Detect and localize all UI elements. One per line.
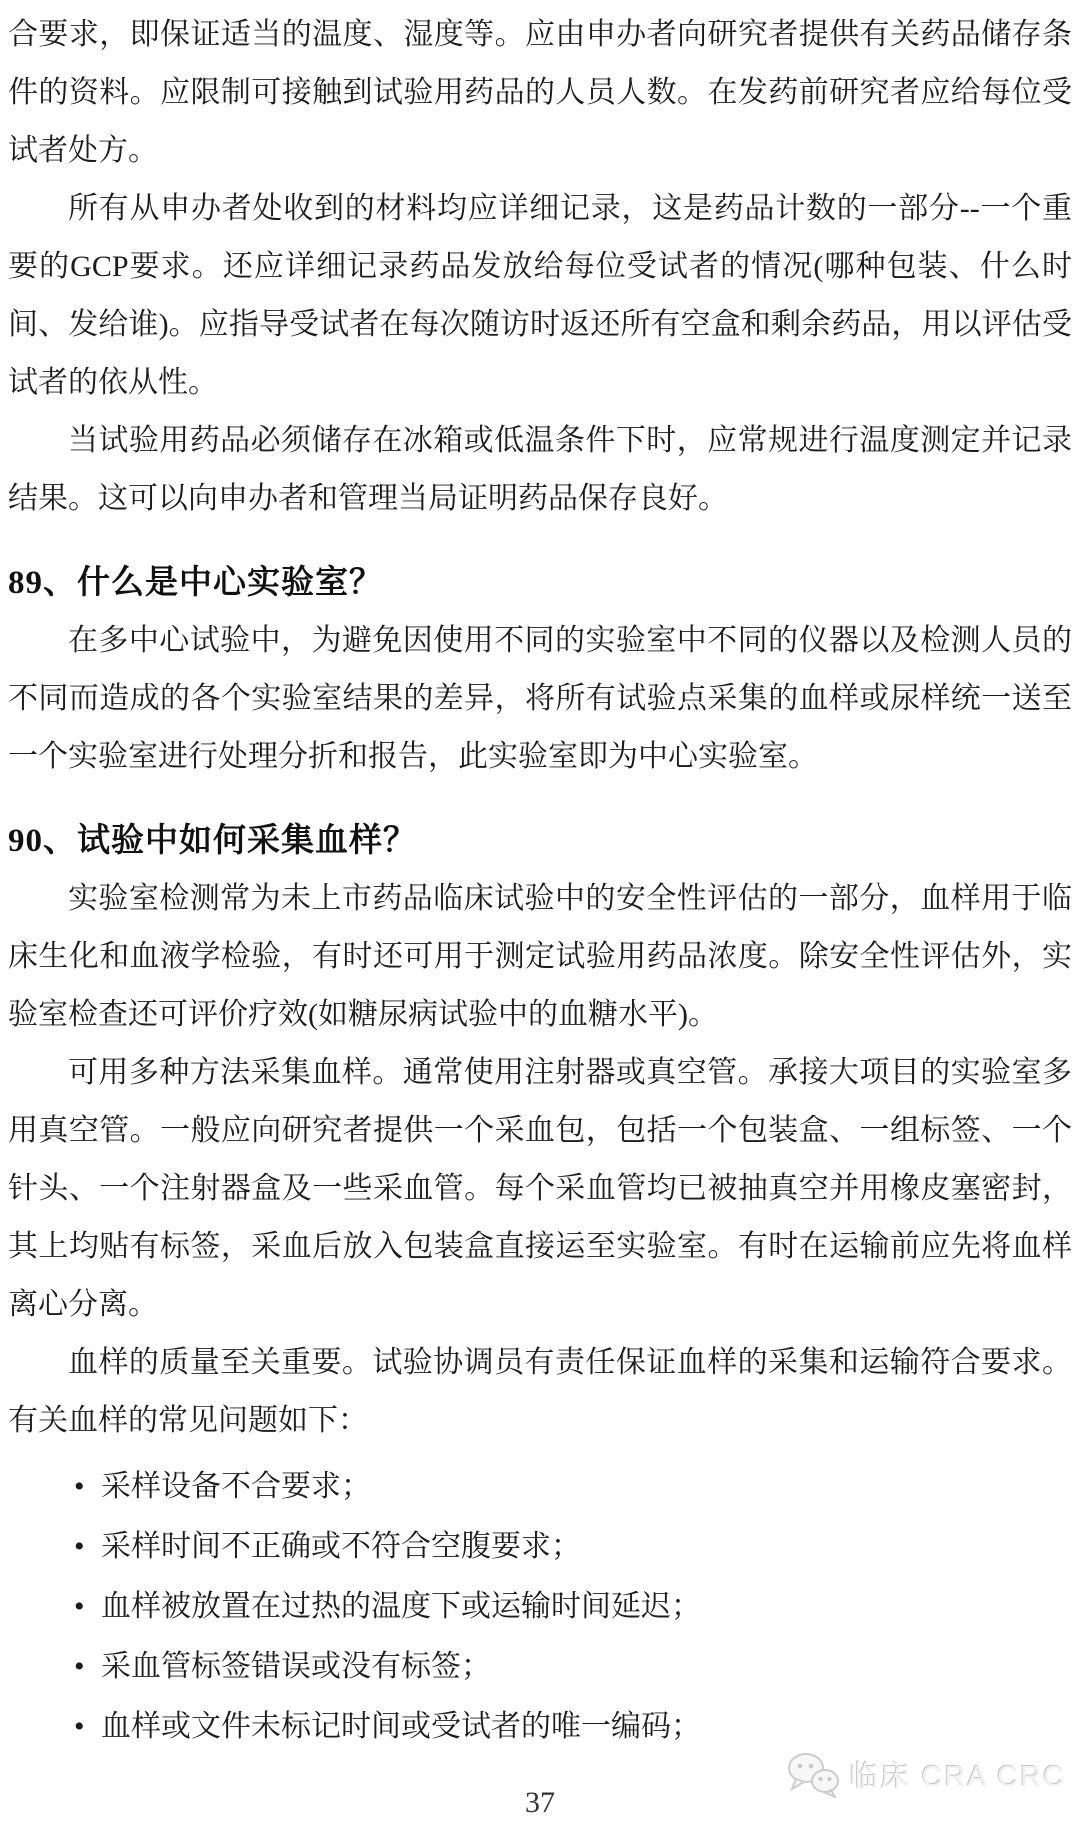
issue-text: 采样设备不合要求； (101, 1470, 371, 1503)
bullet-icon: • (74, 1458, 85, 1516)
paragraph-sample-quality: 血样的质量至关重要。试验协调员有责任保证血样的采集和运输符合要求。有关血样的常见… (8, 1334, 1072, 1450)
list-item: • 采样设备不合要求； (8, 1458, 1072, 1516)
blood-sample-issues-list: • 采样设备不合要求； • 采样时间不正确或不符合空腹要求； • 血样被放置在过… (8, 1458, 1072, 1756)
list-item: • 采样时间不正确或不符合空腹要求； (8, 1518, 1072, 1576)
paragraph-cold-storage: 当试验用药品必须储存在冰箱或低温条件下时，应常规进行温度测定并记录结果。这可以向… (8, 412, 1072, 528)
paragraph-central-lab-definition: 在多中心试验中，为避免因使用不同的实验室中不同的仪器以及检测人员的不同而造成的各… (8, 612, 1072, 786)
list-item: • 血样被放置在过热的温度下或运输时间延迟； (8, 1578, 1072, 1636)
question-90-heading: 90、试验中如何采集血样？ (8, 812, 1072, 870)
issue-text: 采血管标签错误或没有标签； (101, 1650, 491, 1683)
paragraph-collection-methods: 可用多种方法采集血样。通常使用注射器或真空管。承接大项目的实验室多用真空管。一般… (8, 1044, 1072, 1334)
document-page: 合要求，即保证适当的温度、湿度等。应由申办者向研究者提供有关药品储存条件的资料。… (0, 0, 1080, 1827)
paragraph-lab-tests: 实验室检测常为未上市药品临床试验中的安全性评估的一部分，血样用于临床生化和血液学… (8, 870, 1072, 1044)
question-89-heading: 89、什么是中心实验室？ (8, 554, 1072, 612)
list-item: • 采血管标签错误或没有标签； (8, 1638, 1072, 1696)
paragraph-storage-conditions: 合要求，即保证适当的温度、湿度等。应由申办者向研究者提供有关药品储存条件的资料。… (8, 6, 1072, 180)
issue-text: 血样被放置在过热的温度下或运输时间延迟； (101, 1590, 701, 1623)
page-number: 37 (0, 1786, 1080, 1820)
issue-text: 采样时间不正确或不符合空腹要求； (101, 1530, 581, 1563)
page-content: 合要求，即保证适当的温度、湿度等。应由申办者向研究者提供有关药品储存条件的资料。… (8, 6, 1072, 1756)
bullet-icon: • (74, 1578, 85, 1636)
paragraph-drug-accountability: 所有从申办者处收到的材料均应详细记录，这是药品计数的一部分--一个重要的GCP要… (8, 180, 1072, 412)
bullet-icon: • (74, 1638, 85, 1696)
list-item: • 血样或文件未标记时间或受试者的唯一编码； (8, 1698, 1072, 1756)
issue-text: 血样或文件未标记时间或受试者的唯一编码； (101, 1710, 701, 1743)
bullet-icon: • (74, 1518, 85, 1576)
bullet-icon: • (74, 1698, 85, 1756)
